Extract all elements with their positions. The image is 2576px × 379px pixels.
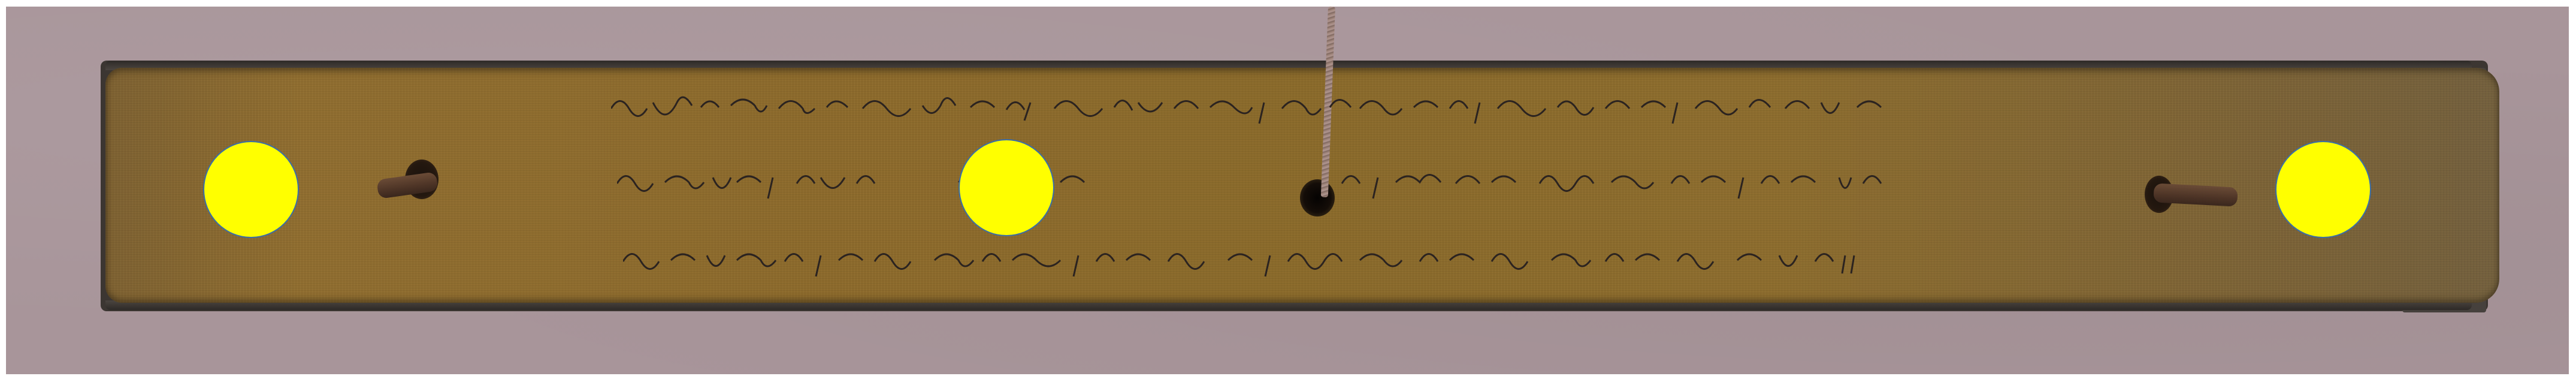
manuscript-photo: [6, 7, 2569, 374]
script-line-2: [617, 160, 2294, 201]
script-line-3: [623, 237, 2085, 279]
yellow-marker-3: [2275, 141, 2371, 238]
yellow-marker-2: [959, 139, 1054, 236]
script-line-1: [611, 85, 2229, 127]
yellow-marker-1: [203, 141, 299, 238]
